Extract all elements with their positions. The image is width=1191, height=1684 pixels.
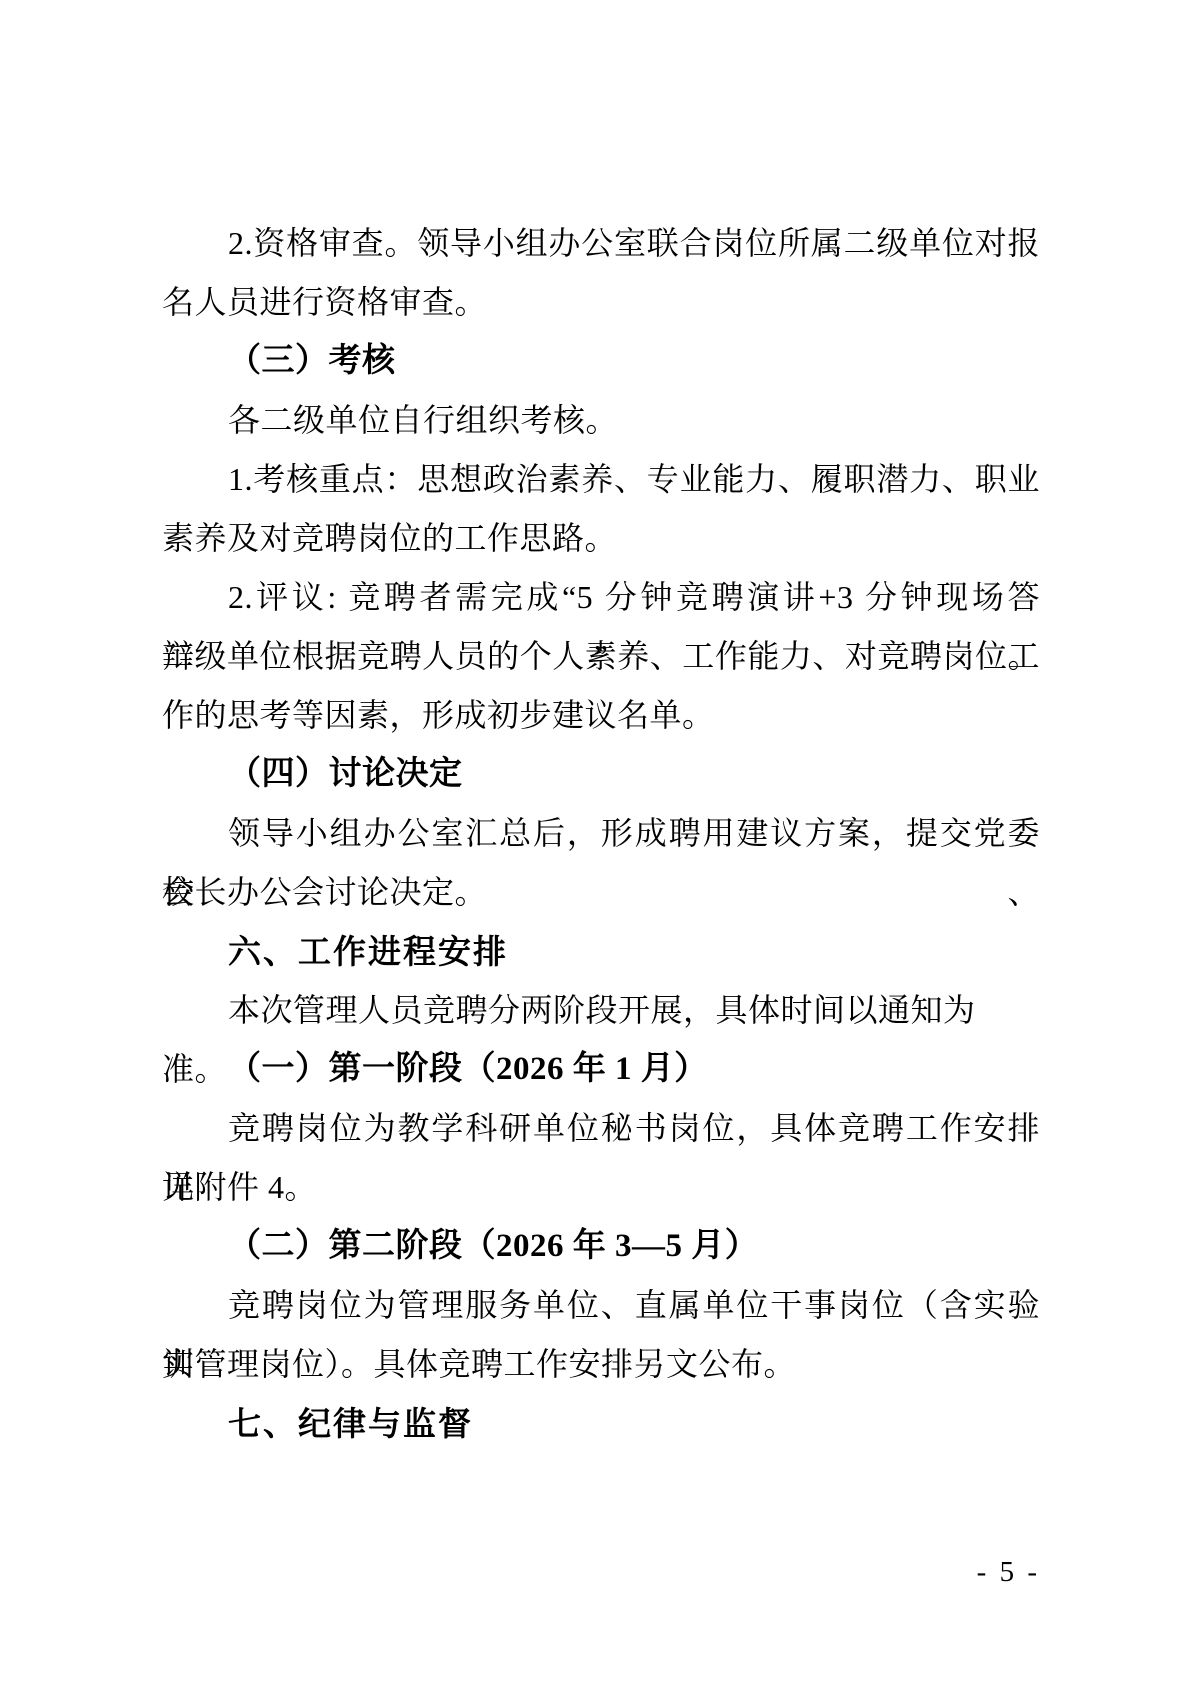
para-review-line3: 作的思考等因素，形成初步建议名单。 xyxy=(162,686,1040,745)
para-assessment-focus-line1: 1.考核重点：思想政治素养、专业能力、履职潜力、职业 xyxy=(162,450,1040,509)
para-assessment-focus-line2: 素养及对竞聘岗位的工作思路。 xyxy=(162,509,1040,568)
heading-section-6-schedule: 六、工作进程安排 xyxy=(162,922,1040,981)
para-phase1-line1: 竞聘岗位为教学科研单位秘书岗位，具体竞聘工作安排详 xyxy=(162,1099,1040,1158)
heading-phase-1: （一）第一阶段（2026 年 1 月） xyxy=(162,1040,1040,1099)
document-body: 2.资格审查。领导小组办公室联合岗位所属二级单位对报名人员进行资格审查。（三）考… xyxy=(162,214,1040,1453)
para-review-line2: 二级单位根据竞聘人员的个人素养、工作能力、对竞聘岗位工 xyxy=(162,627,1040,686)
para-phase1-line2: 见附件 4。 xyxy=(162,1158,1040,1217)
document-page: 2.资格审查。领导小组办公室联合岗位所属二级单位对报名人员进行资格审查。（三）考… xyxy=(0,0,1191,1684)
para-schedule-intro: 本次管理人员竞聘分两阶段开展，具体时间以通知为准。 xyxy=(162,981,1040,1040)
heading-phase-2: （二）第二阶段（2026 年 3—5 月） xyxy=(162,1217,1040,1276)
heading-section-3-assessment: （三）考核 xyxy=(162,332,1040,391)
para-phase2-line1: 竞聘岗位为管理服务单位、直属单位干事岗位（含实验实 xyxy=(162,1276,1040,1335)
page-number: - 5 - xyxy=(162,1556,1040,1589)
heading-section-4-decision: （四）讨论决定 xyxy=(162,745,1040,804)
para-assessment-org: 各二级单位自行组织考核。 xyxy=(162,391,1040,450)
para-review-line1: 2.评议: 竞聘者需完成“5 分钟竞聘演讲+3 分钟现场答辩”。 xyxy=(162,568,1040,627)
para-phase2-line2: 训管理岗位）。具体竞聘工作安排另文公布。 xyxy=(162,1335,1040,1394)
heading-section-7-discipline: 七、纪律与监督 xyxy=(162,1394,1040,1453)
para-decision-line1: 领导小组办公室汇总后，形成聘用建议方案，提交党委会、 xyxy=(162,804,1040,863)
para-qualification-review-line1: 2.资格审查。领导小组办公室联合岗位所属二级单位对报 xyxy=(162,214,1040,273)
para-qualification-review-line2: 名人员进行资格审查。 xyxy=(162,273,1040,332)
